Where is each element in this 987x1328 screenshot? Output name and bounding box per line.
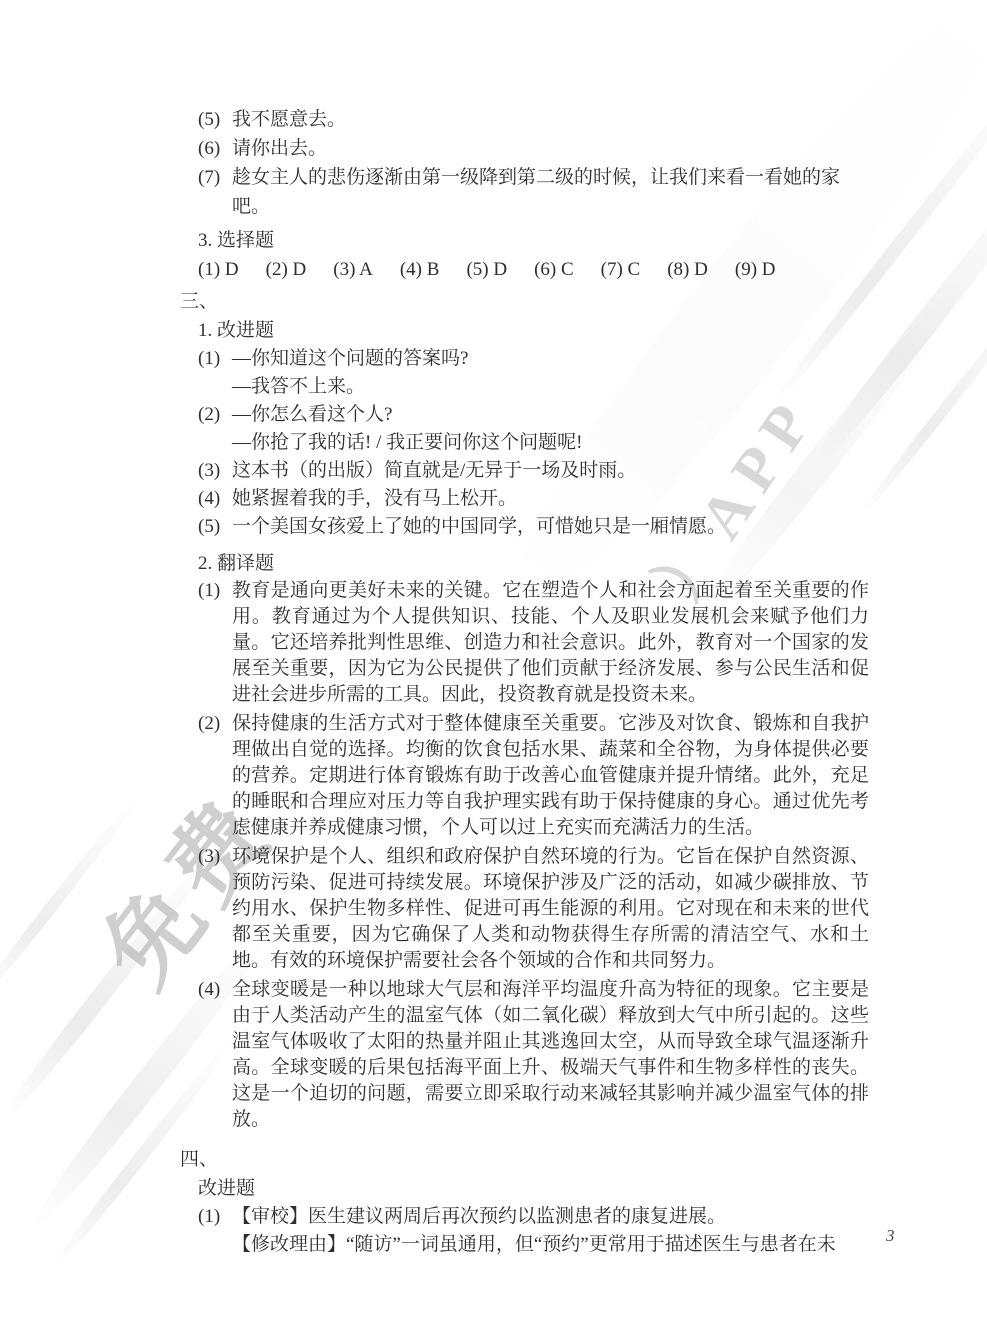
item-text: 这本书（的出版）简直就是/无异于一场及时雨。 — [232, 460, 636, 481]
item-number: (3) — [198, 457, 220, 485]
section-three-label: 三、 — [180, 287, 869, 316]
multiple-choice-header: 3. 选择题 — [198, 226, 869, 255]
choice-answer: (1) D — [198, 255, 239, 284]
improve-item: (2) —你怎么看这个人? — [180, 401, 869, 429]
item-text: 【修改理由】“随访”一词虽通用，但“预约”更常用于描述医生与患者在未 — [232, 1234, 836, 1255]
answer-item: (6) 请你出去。 — [180, 134, 869, 163]
choice-answer: (2) D — [266, 255, 307, 284]
improve-item: (4) 她紧握着我的手，没有马上松开。 — [180, 485, 869, 513]
paragraph-text: 教育是通向更美好未来的关键。它在塑造个人和社会方面起着至关重要的作用。教育通过为… — [232, 580, 869, 705]
item-number: (1) — [198, 578, 220, 604]
improve-header: 1. 改进题 — [198, 316, 869, 345]
item-number: (1) — [198, 1203, 220, 1231]
item-number: (1) — [198, 345, 220, 373]
item-text: 一个美国女孩爱上了她的中国同学，可惜她只是一厢情愿。 — [232, 516, 726, 537]
item-number: (5) — [198, 513, 220, 541]
choice-answer: (5) D — [466, 255, 507, 284]
page-number: 3 — [886, 1226, 895, 1246]
improve-item: (3) 这本书（的出版）简直就是/无异于一场及时雨。 — [180, 457, 869, 485]
improve-item: (1) —你知道这个问题的答案吗? — [180, 345, 869, 373]
item-text: —你知道这个问题的答案吗? — [232, 348, 468, 369]
item-text: —你抢了我的话! / 我正要问你这个问题呢! — [232, 432, 582, 453]
choice-answer: (7) C — [601, 255, 641, 284]
section-four-label: 四、 — [180, 1145, 869, 1174]
review-item: (1) 【审校】医生建议两周后再次预约以监测患者的康复进展。 — [180, 1203, 869, 1231]
paragraph-text: 全球变暖是一种以地球大气层和海洋平均温度升高为特征的现象。它主要是由于人类活动产… — [232, 979, 869, 1130]
translate-header: 2. 翻译题 — [198, 549, 869, 578]
review-item-continuation: 【修改理由】“随访”一词虽通用，但“预约”更常用于描述医生与患者在未 — [180, 1231, 869, 1259]
choice-answer: (6) C — [534, 255, 574, 284]
item-text: 我不愿意去。 — [232, 109, 346, 130]
translate-paragraph: (3) 环境保护是个人、组织和政府保护自然环境的行为。它旨在保护自然资源、预防污… — [180, 844, 869, 974]
improve-item: (5) 一个美国女孩爱上了她的中国同学，可惜她只是一厢情愿。 — [180, 513, 869, 541]
answer-item: (5) 我不愿意去。 — [180, 105, 869, 134]
paragraph-text: 保持健康的生活方式对于整体健康至关重要。它涉及对饮食、锻炼和自我护理做出自觉的选… — [232, 713, 869, 838]
item-text: 【审校】医生建议两周后再次预约以监测患者的康复进展。 — [232, 1206, 726, 1227]
choice-answer: (8) D — [667, 255, 708, 284]
document-page: 免费 ）APP (5) 我不愿意去。 (6) 请你出去。 (7) 趁女主人的悲伤… — [0, 0, 987, 1328]
answer-item: (7) 趁女主人的悲伤逐渐由第一级降到第二级的时候，让我们来看一看她的家吧。 — [180, 163, 869, 221]
item-number: (2) — [198, 401, 220, 429]
item-text: 趁女主人的悲伤逐渐由第一级降到第二级的时候，让我们来看一看她的家吧。 — [232, 167, 840, 217]
choice-answer: (9) D — [735, 255, 776, 284]
section-four-header: 改进题 — [198, 1174, 869, 1203]
item-number: (5) — [198, 105, 220, 134]
answer-content: (5) 我不愿意去。 (6) 请你出去。 (7) 趁女主人的悲伤逐渐由第一级降到… — [0, 0, 987, 1259]
translate-paragraph: (2) 保持健康的生活方式对于整体健康至关重要。它涉及对饮食、锻炼和自我护理做出… — [180, 711, 869, 841]
item-text: —你怎么看这个人? — [232, 404, 392, 425]
item-number: (2) — [198, 711, 220, 737]
improve-item-continuation: —你抢了我的话! / 我正要问你这个问题呢! — [180, 429, 869, 457]
item-text: 她紧握着我的手，没有马上松开。 — [232, 488, 517, 509]
item-number: (4) — [198, 485, 220, 513]
choice-answer: (4) B — [400, 255, 440, 284]
translate-paragraph: (4) 全球变暖是一种以地球大气层和海洋平均温度升高为特征的现象。它主要是由于人… — [180, 977, 869, 1133]
item-number: (3) — [198, 844, 220, 870]
choice-answer: (3) A — [333, 255, 373, 284]
item-text: —我答不上来。 — [232, 376, 365, 397]
translate-paragraph: (1) 教育是通向更美好未来的关键。它在塑造个人和社会方面起着至关重要的作用。教… — [180, 578, 869, 708]
item-text: 请你出去。 — [232, 138, 327, 159]
choice-answers-row: (1) D (2) D (3) A (4) B (5) D (6) C (7) … — [198, 255, 869, 284]
item-number: (6) — [198, 134, 220, 163]
item-number: (4) — [198, 977, 220, 1003]
item-number: (7) — [198, 163, 220, 192]
improve-item-continuation: —我答不上来。 — [180, 373, 869, 401]
paragraph-text: 环境保护是个人、组织和政府保护自然环境的行为。它旨在保护自然资源、预防污染、促进… — [232, 846, 869, 971]
